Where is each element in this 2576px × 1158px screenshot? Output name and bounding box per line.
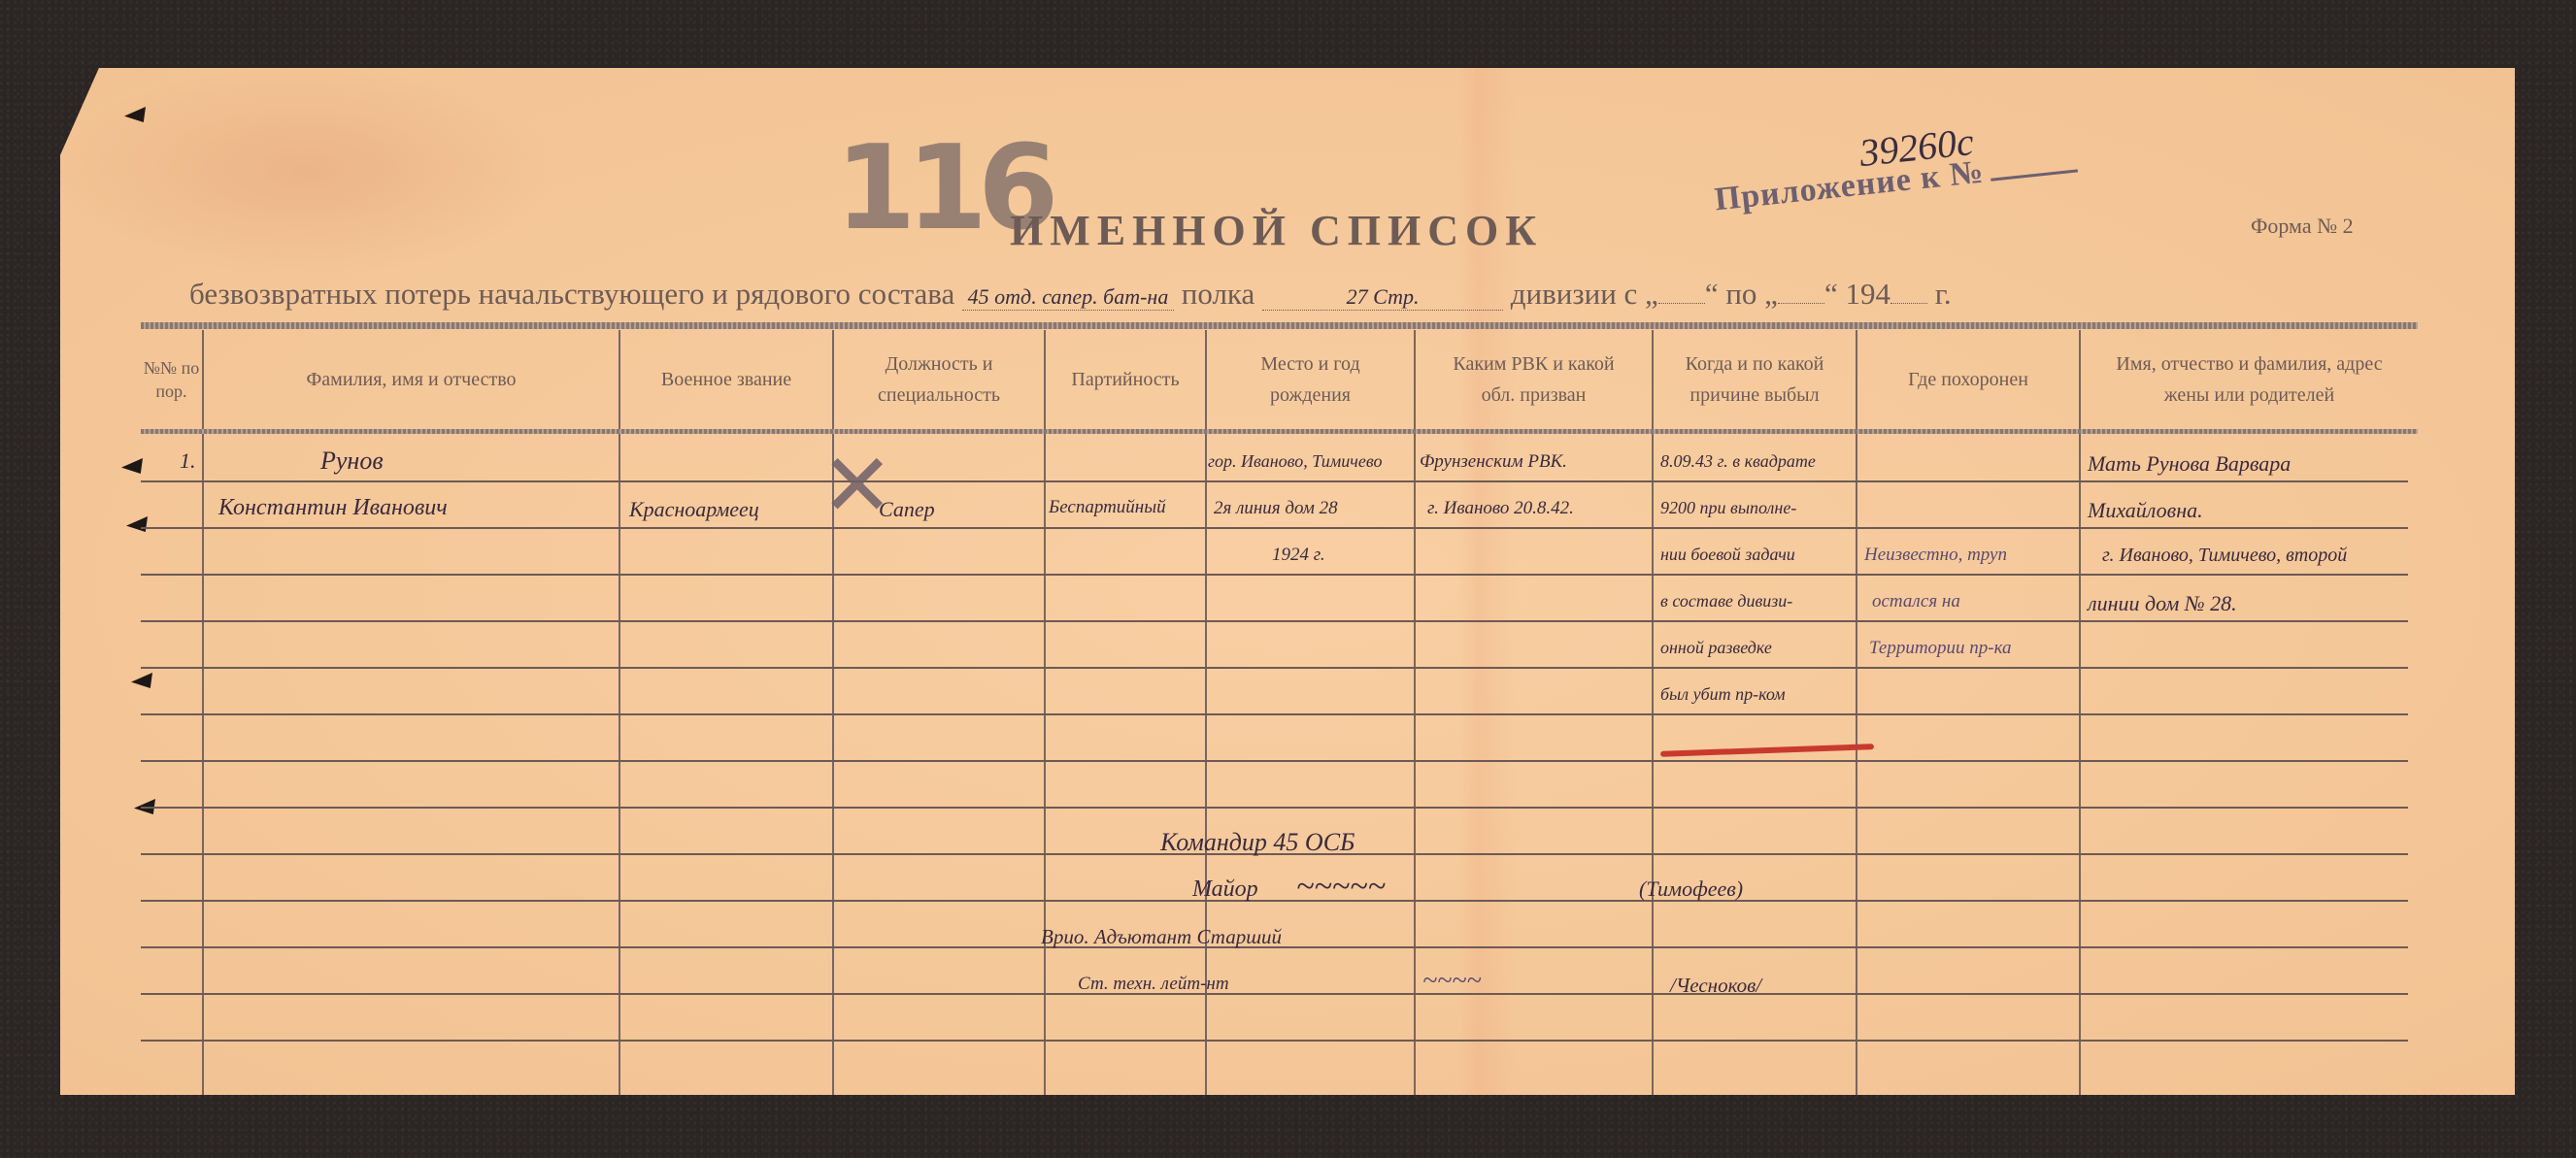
regiment-field: 27 Стр.	[1262, 284, 1503, 311]
adjutant-signature: ~~~~	[1422, 966, 1482, 997]
subtitle-text: безвозвратных потерь начальствующего и р…	[189, 277, 954, 311]
header-buried: Где похоронен	[1857, 330, 2079, 429]
military-rank: Красноармеец	[629, 497, 759, 522]
row-line	[141, 1040, 2408, 1042]
adjutant-name: /Чесноков/	[1670, 974, 1761, 998]
column-divider	[1414, 330, 1416, 1095]
header-rank: Военное звание	[620, 330, 832, 429]
adjutant-rank: Ст. техн. лейт-нт	[1078, 974, 1229, 995]
birth-year: 1924 г.	[1272, 545, 1325, 566]
header-reason: Когда и по какой причине выбыл	[1654, 330, 1856, 429]
row-line	[141, 760, 2408, 762]
commander-rank: Майор	[1192, 877, 1258, 903]
reason-line: 9200 при выполне-	[1660, 498, 1796, 518]
losses-table: №№ по пор. Фамилия, имя и отчество Военн…	[141, 330, 2418, 1095]
birth-place-line: 2я линия дом 28	[1214, 498, 1338, 519]
subtitle-text: г.	[1935, 277, 1952, 311]
row-line	[141, 900, 2408, 902]
relatives-line: Михайловна.	[2088, 498, 2203, 523]
birth-place-line: гор. Иваново, Тимичево	[1208, 451, 1382, 472]
burial-line: Неизвестно, труп	[1864, 545, 2007, 566]
row-line	[141, 480, 2408, 482]
header-party: Партийность	[1046, 330, 1205, 429]
reason-line: 8.09.43 г. в квадрате	[1660, 451, 1816, 472]
row-line	[141, 574, 2408, 576]
table-top-rule	[141, 322, 2418, 329]
adjutant-title: Врио. Адъютант Старший	[1041, 925, 1282, 949]
document-title: ИМЕННОЙ СПИСОК	[1010, 206, 1543, 255]
burial-line: остался на	[1872, 591, 1960, 612]
column-divider	[619, 330, 620, 1095]
date-to-field	[1778, 303, 1824, 304]
surname: Рунов	[320, 447, 384, 476]
subtitle-text: “ 194	[1824, 277, 1890, 311]
year-field	[1890, 303, 1927, 304]
header-bottom-rule	[141, 429, 2418, 434]
document-subtitle: безвозвратных потерь начальствующего и р…	[189, 277, 2423, 312]
column-divider	[1652, 330, 1654, 1095]
given-name-patronymic: Константин Иванович	[218, 495, 448, 521]
subtitle-text: дивизии с „	[1511, 277, 1658, 311]
unit-field: 45 отд. сапер. бат-на	[962, 284, 1174, 311]
column-divider	[202, 330, 204, 1095]
stamp-underline	[1991, 169, 2078, 181]
rvk-line: Фрунзенским РВК.	[1420, 451, 1567, 473]
relatives-line: Мать Рунова Варвара	[2088, 451, 2291, 477]
column-divider	[2079, 330, 2081, 1095]
subtitle-text: “ по „	[1705, 277, 1778, 311]
commander-signature: ~~~~~	[1296, 869, 1386, 906]
date-from-field	[1658, 303, 1705, 304]
header-birth: Место и год рождения	[1207, 330, 1414, 429]
header-full-name: Фамилия, имя и отчество	[204, 330, 619, 429]
relatives-line: линии дом № 28.	[2088, 591, 2237, 616]
reason-line: в составе дивизи-	[1660, 591, 1792, 612]
row-line	[141, 527, 2408, 529]
relatives-line: г. Иваново, Тимичево, второй	[2102, 545, 2347, 567]
header-relatives: Имя, отчество и фамилия, адрес жены или …	[2081, 330, 2418, 429]
rvk-line: г. Иваново 20.8.42.	[1427, 498, 1574, 519]
row-line	[141, 807, 2408, 809]
check-mark-icon: ✕	[820, 435, 893, 537]
reason-line: был убит пр-ком	[1660, 684, 1786, 705]
header-rvk: Каким РВК и какой обл. призван	[1416, 330, 1652, 429]
reason-line: онной разведке	[1660, 638, 1772, 658]
subtitle-text: полка	[1182, 277, 1255, 311]
commander-name: (Тимофеев)	[1639, 877, 1743, 902]
reason-line: нии боевой задачи	[1660, 545, 1795, 565]
row-line	[141, 620, 2408, 622]
column-divider	[1044, 330, 1046, 1095]
header-position: Должность и специальность	[834, 330, 1044, 429]
row-line	[141, 993, 2408, 995]
row-number: 1.	[180, 448, 196, 474]
row-line	[141, 713, 2408, 715]
header-number: №№ по пор.	[141, 330, 202, 429]
column-divider	[1856, 330, 1857, 1095]
burial-line: Территории пр-ка	[1869, 638, 2012, 659]
party-membership: Беспартийный	[1049, 497, 1166, 518]
commander-title: Командир 45 ОСБ	[1160, 828, 1355, 857]
row-line	[141, 667, 2408, 669]
form-label: Форма № 2	[2251, 214, 2354, 239]
